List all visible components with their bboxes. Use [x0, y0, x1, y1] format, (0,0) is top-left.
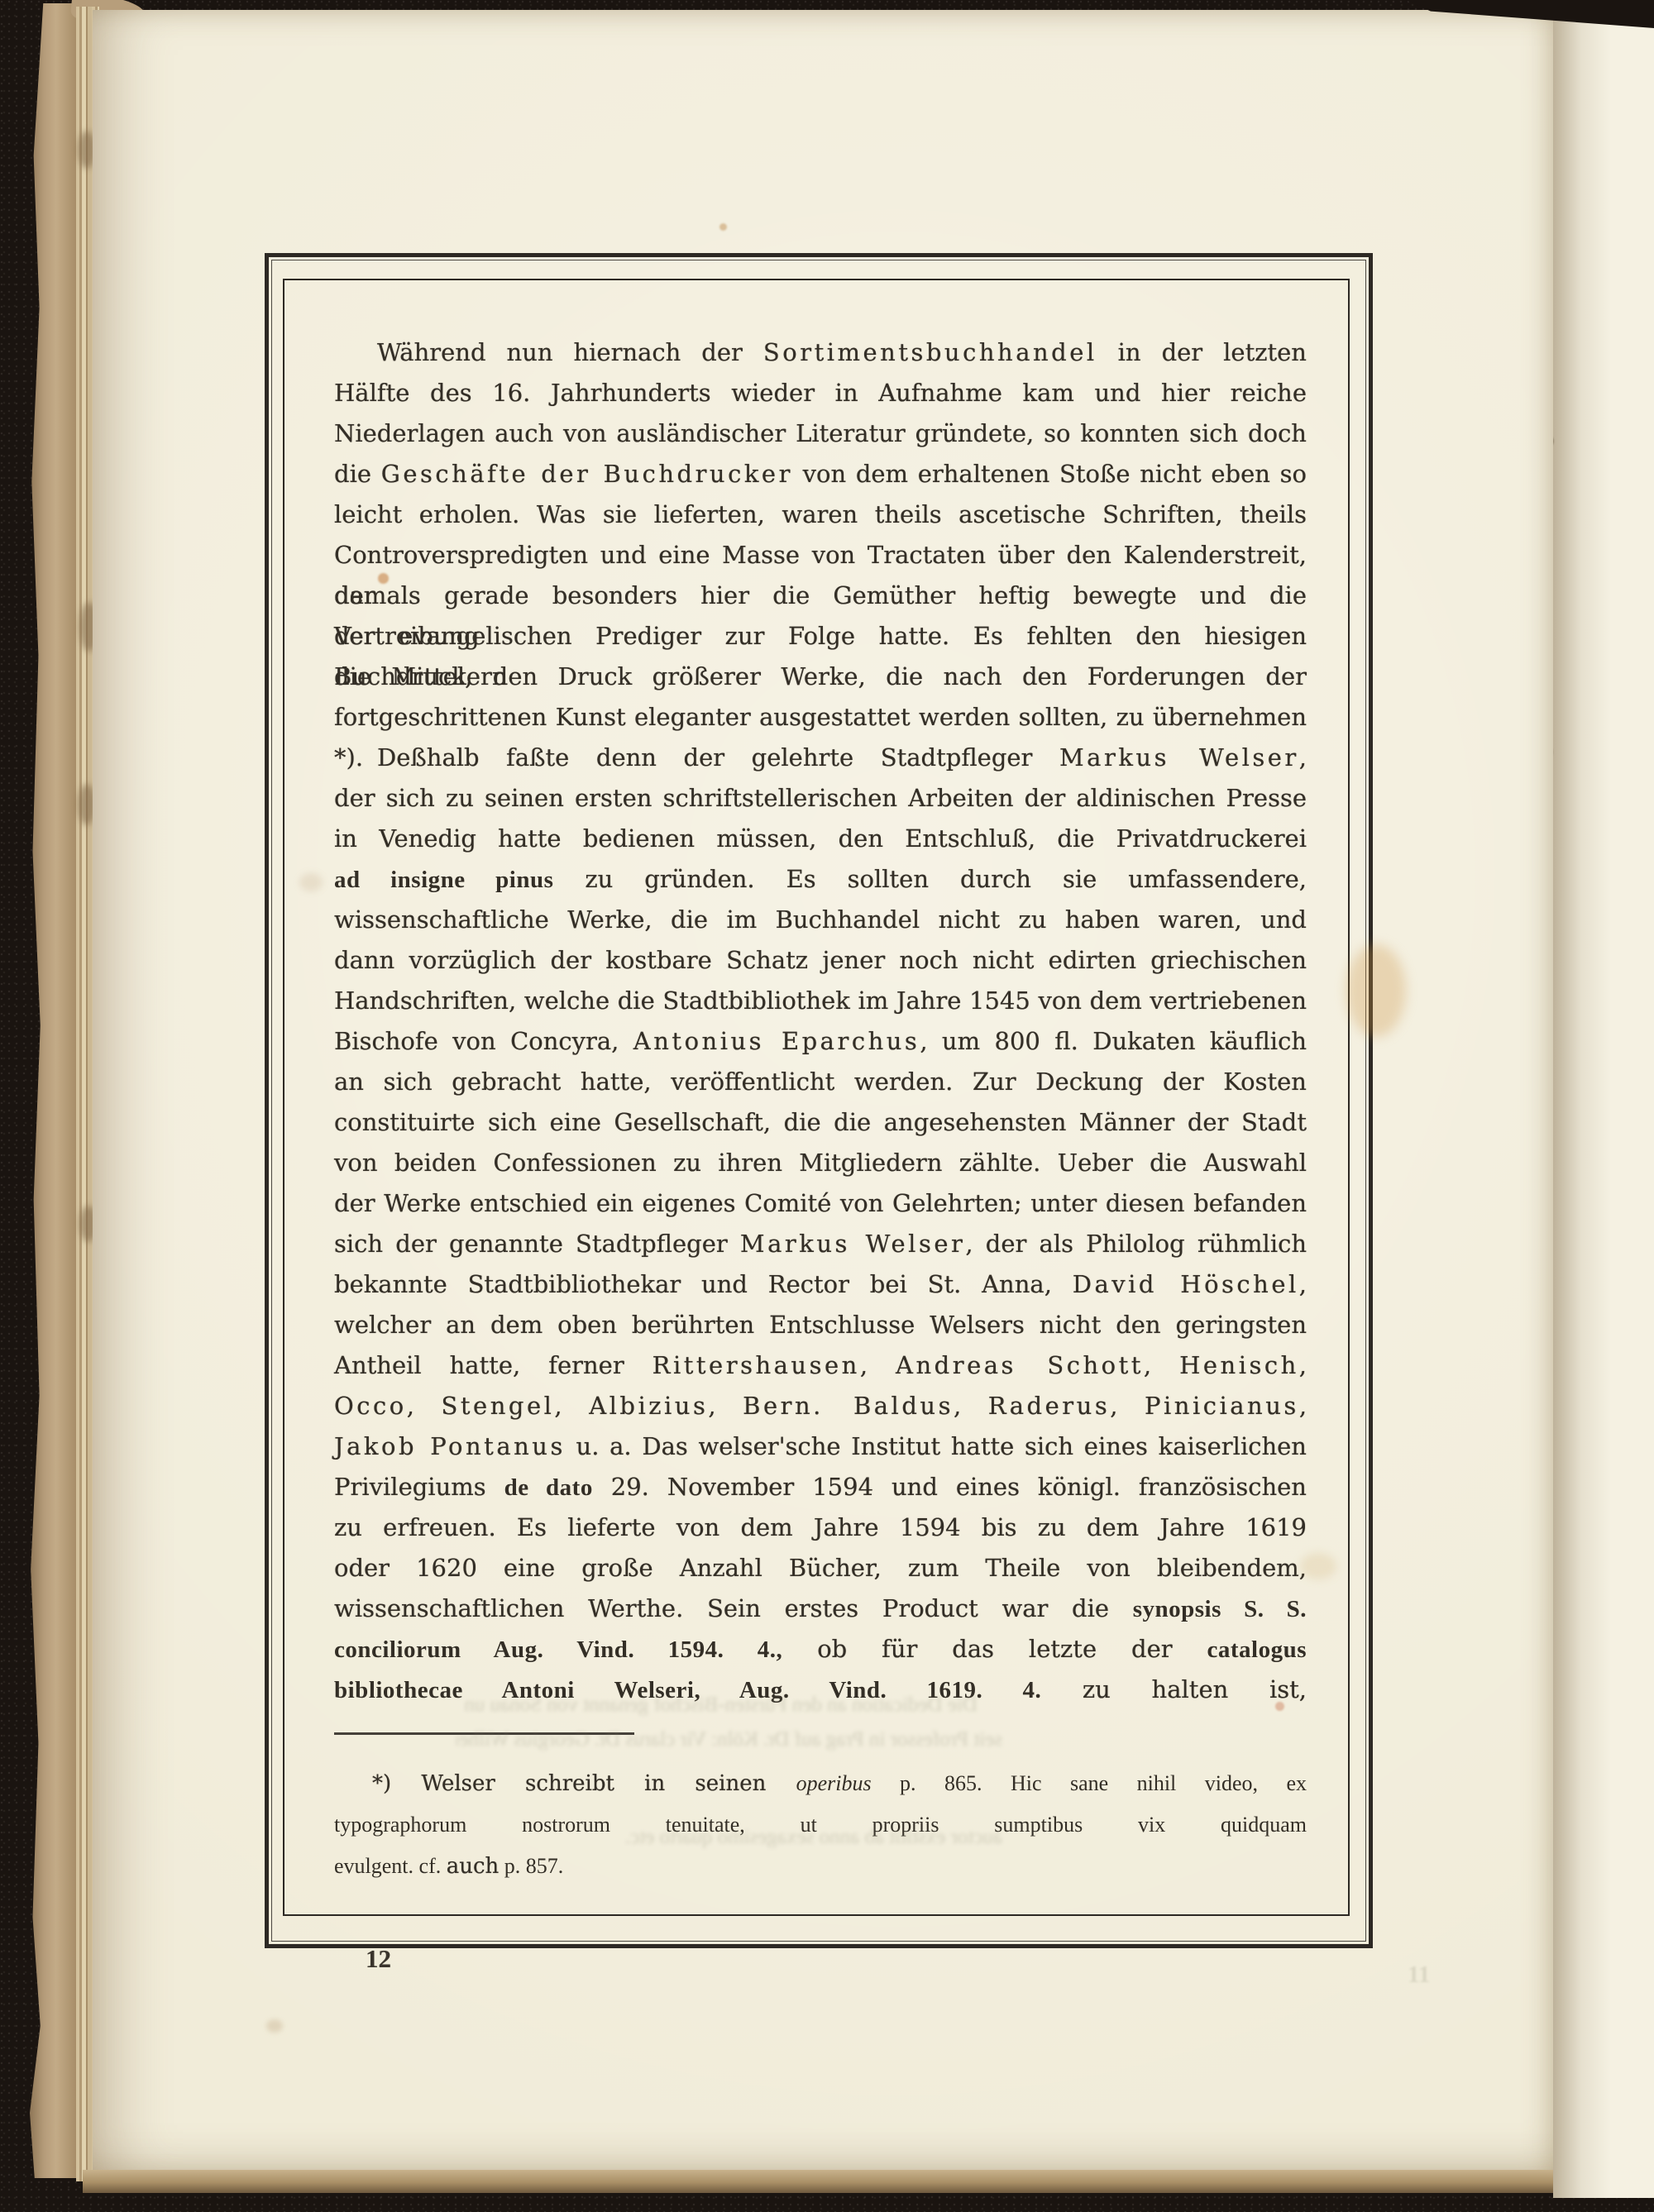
text-segment: Deßhalb faßte denn der gelehrte Stadtpfl… [377, 743, 1059, 772]
text-segment: u. a. Das welser'sche Institut hatte sic… [566, 1432, 1307, 1460]
foxing-stain [1346, 944, 1406, 1037]
foxing-stain [1275, 1702, 1284, 1711]
text-segment: Albizius [589, 1392, 708, 1420]
text-segment: , [1110, 1392, 1145, 1420]
text-line: dann vorzüglich der kostbare Schatz jene… [334, 940, 1307, 981]
text-segment: Pinicianus [1145, 1392, 1299, 1420]
text-line: leicht erholen. Was sie lieferten, waren… [334, 494, 1307, 535]
text-segment: Rittershausen [653, 1351, 860, 1379]
text-segment: Antheil hatte, ferner [334, 1351, 653, 1379]
text-segment: Bischofe von Concyra, [334, 1027, 633, 1055]
text-segment: Henisch [1179, 1351, 1299, 1379]
text-line: constituirte sich eine Gesellschaft, die… [334, 1102, 1307, 1143]
text-line: in Venedig hatte bedienen müssen, den En… [334, 819, 1307, 859]
text-segment: von beiden Confessionen zu ihren Mitglie… [334, 1149, 1307, 1177]
text-segment: ob für das letzte der [782, 1635, 1207, 1663]
text-segment: wissenschaftliche Werke, die im Buchhand… [334, 905, 1307, 934]
text-segment: Markus Welser [740, 1230, 965, 1258]
text-line: Antheil hatte, ferner Rittershausen, And… [334, 1345, 1307, 1386]
text-segment: *) Welser schreibt in seinen [372, 1771, 796, 1796]
text-line: Während nun hiernach der Sortimentsbuchh… [334, 332, 1307, 373]
text-segment: der Werke entschied ein eigenes Comité v… [334, 1189, 1307, 1217]
text-segment: de dato [504, 1474, 593, 1501]
text-segment: constituirte sich eine Gesellschaft, die… [334, 1108, 1307, 1136]
text-segment: zu halten ist, [1041, 1675, 1307, 1703]
text-line: conciliorum Aug. Vind. 1594. 4., ob für … [334, 1629, 1307, 1670]
text-line: Controverspredigten und eine Masse von T… [334, 535, 1307, 576]
page-bottom-edge [83, 2170, 1553, 2193]
text-line: Deßhalb faßte denn der gelehrte Stadtpfl… [334, 738, 1307, 778]
text-segment: p. 857. [499, 1854, 563, 1878]
foxing-stain [299, 873, 323, 891]
text-segment: zu gründen. Es sollten durch sie umfasse… [553, 865, 1307, 893]
text-segment: sich der genannte Stadtpfleger [334, 1230, 740, 1258]
text-segment: Sortimentsbuchhandel [763, 338, 1097, 366]
text-segment: , [954, 1392, 988, 1420]
text-segment: , der als Philolog rühmlich [965, 1230, 1307, 1258]
text-segment: welcher an dem oben berührten Entschluss… [334, 1311, 1307, 1339]
text-segment: dann vorzüglich der kostbare Schatz jene… [334, 946, 1307, 974]
text-segment: , [554, 1392, 589, 1420]
text-segment: bekannte Stadtbibliothekar und Rector be… [334, 1270, 1073, 1298]
text-segment: , [1144, 1351, 1179, 1379]
text-segment: Bern. Baldus [743, 1392, 954, 1420]
text-segment: von dem erhaltenen Stoße nicht eben so [793, 460, 1307, 488]
text-segment: der sich zu seinen ersten schriftsteller… [334, 784, 1307, 812]
text-segment: catalogus [1207, 1636, 1307, 1663]
text-line: wissenschaftliche Werke, die im Buchhand… [334, 900, 1307, 940]
text-line: Niederlagen auch von ausländischer Liter… [334, 413, 1307, 454]
text-segment: Handschriften, welche die Stadtbibliothe… [334, 987, 1307, 1015]
text-line: der evangelischen Prediger zur Folge hat… [334, 616, 1307, 657]
text-segment: David Höschel [1073, 1270, 1299, 1298]
text-segment: , [1299, 1351, 1307, 1379]
text-line: die Mittel, den Druck größerer Werke, di… [334, 657, 1307, 697]
text-line: der sich zu seinen ersten schriftsteller… [334, 778, 1307, 819]
text-segment: Antonius Eparchus [633, 1027, 920, 1055]
text-segment: operibus [796, 1771, 872, 1795]
text-line: damals gerade besonders hier die Gemüthe… [334, 576, 1307, 616]
text-segment: , [407, 1392, 442, 1420]
text-segment: Niederlagen auch von ausländischer Liter… [334, 419, 1307, 447]
text-segment: an sich gebracht hatte, veröffentlicht w… [334, 1068, 1307, 1096]
text-segment: ad insigne pinus [334, 867, 553, 893]
text-line: fortgeschrittenen Kunst eleganter ausges… [334, 697, 1307, 738]
text-segment: in der letzten [1097, 338, 1307, 366]
text-segment: , [1299, 1270, 1307, 1298]
text-line: *) Welser schreibt in seinen operibus p.… [334, 1763, 1307, 1804]
text-segment: conciliorum Aug. Vind. 1594. 4., [334, 1636, 782, 1663]
text-segment: , um 800 fl. Dukaten käuflich [920, 1027, 1307, 1055]
text-line: Handschriften, welche die Stadtbibliothe… [334, 981, 1307, 1021]
text-line: Hälfte des 16. Jahrhunderts wieder in Au… [334, 373, 1307, 413]
text-segment: p. 865. Hic sane nihil video, ex [872, 1771, 1307, 1795]
text-segment: , [708, 1392, 743, 1420]
text-segment: zu erfreuen. Es lieferte von dem Jahre 1… [334, 1513, 1307, 1541]
text-segment: Geschäfte der Buchdrucker [381, 460, 793, 488]
bleedthrough-line: seit Professor in Prag auf Dr. Köln: Vir… [457, 1728, 1002, 1751]
text-segment: synopsis S. S. [1133, 1596, 1307, 1622]
text-segment: die [334, 460, 381, 488]
body-text: Während nun hiernach der Sortimentsbuchh… [334, 332, 1307, 1710]
text-line: zu erfreuen. Es lieferte von dem Jahre 1… [334, 1507, 1307, 1548]
text-segment: Markus Welser [1059, 743, 1299, 772]
text-line: bekannte Stadtbibliothekar und Rector be… [334, 1264, 1307, 1305]
text-line: evulgent. cf. auch p. 857. [334, 1846, 1307, 1887]
ghost-page-number-bleedthrough: 11 [1408, 1961, 1430, 1989]
text-segment: wissenschaftlichen Werthe. Sein erstes P… [334, 1594, 1133, 1622]
text-line: Privilegiums de dato 29. November 1594 u… [334, 1467, 1307, 1507]
book-page: Während nun hiernach der Sortimentsbuchh… [93, 10, 1553, 2170]
text-segment: Hälfte des 16. Jahrhunderts wieder in Au… [334, 379, 1307, 407]
text-segment: , [860, 1351, 896, 1379]
foxing-stain [378, 573, 389, 584]
text-line: ad insigne pinus zu gründen. Es sollten … [334, 859, 1307, 900]
text-segment: Während nun hiernach der [377, 338, 763, 366]
text-segment: Jakob Pontanus [334, 1432, 566, 1460]
text-segment: Stengel [442, 1392, 555, 1420]
text-line: wissenschaftlichen Werthe. Sein erstes P… [334, 1589, 1307, 1629]
text-segment: die Mittel, den Druck größerer Werke, di… [334, 662, 1307, 690]
text-line: welcher an dem oben berührten Entschluss… [334, 1305, 1307, 1345]
text-segment: Occo [334, 1392, 407, 1420]
text-line: Jakob Pontanus u. a. Das welser'sche Ins… [334, 1426, 1307, 1467]
footnote: *) Welser schreibt in seinen operibus p.… [334, 1763, 1307, 1887]
text-segment: evulgent. cf. [334, 1854, 447, 1878]
text-segment: , [1299, 1392, 1307, 1420]
text-line: sich der genannte Stadtpfleger Markus We… [334, 1224, 1307, 1264]
foxing-stain [266, 2019, 283, 2033]
text-line: an sich gebracht hatte, veröffentlicht w… [334, 1062, 1307, 1102]
next-page-edge [1553, 13, 1654, 2198]
text-segment: auch [447, 1854, 500, 1879]
foxing-stain [719, 223, 727, 231]
text-line: Bischofe von Concyra, Antonius Eparchus,… [334, 1021, 1307, 1062]
text-segment: , [1299, 743, 1307, 772]
text-segment: Raderus [988, 1392, 1110, 1420]
text-line: der Werke entschied ein eigenes Comité v… [334, 1183, 1307, 1224]
bleedthrough-line: Die Dedication an den Fürsten-Bischof ge… [465, 1694, 978, 1717]
text-line: von beiden Confessionen zu ihren Mitglie… [334, 1143, 1307, 1183]
text-segment: Andreas Schott [896, 1351, 1144, 1379]
text-line: Occo, Stengel, Albizius, Bern. Baldus, R… [334, 1386, 1307, 1426]
foxing-stain [1300, 1553, 1336, 1579]
text-segment: Privilegiums [334, 1473, 504, 1501]
text-line: oder 1620 eine große Anzahl Bücher, zum … [334, 1548, 1307, 1589]
text-line: die Geschäfte der Buchdrucker von dem er… [334, 454, 1307, 494]
text-segment: in Venedig hatte bedienen müssen, den En… [334, 824, 1307, 853]
book-scan: Während nun hiernach der Sortimentsbuchh… [0, 0, 1654, 2212]
page-number: 12 [366, 1942, 440, 1976]
text-segment: oder 1620 eine große Anzahl Bücher, zum … [334, 1554, 1307, 1582]
bleedthrough-line: auctor exstitit ab anno sexagesimo quart… [556, 1826, 1002, 1849]
text-segment: 29. November 1594 und eines königl. fran… [593, 1473, 1307, 1501]
text-segment: leicht erholen. Was sie lieferten, waren… [334, 500, 1307, 528]
